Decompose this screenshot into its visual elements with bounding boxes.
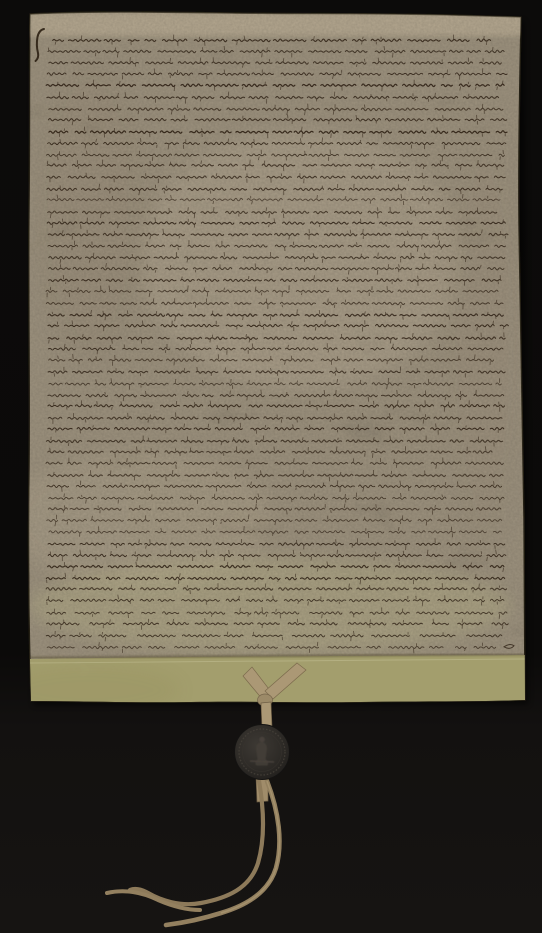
photo-stage: [0, 0, 542, 933]
charter-photograph: [0, 0, 542, 933]
seal-figure-throne: [250, 761, 274, 762]
seal-figure-head: [259, 737, 265, 743]
wax-seal: [235, 725, 290, 780]
